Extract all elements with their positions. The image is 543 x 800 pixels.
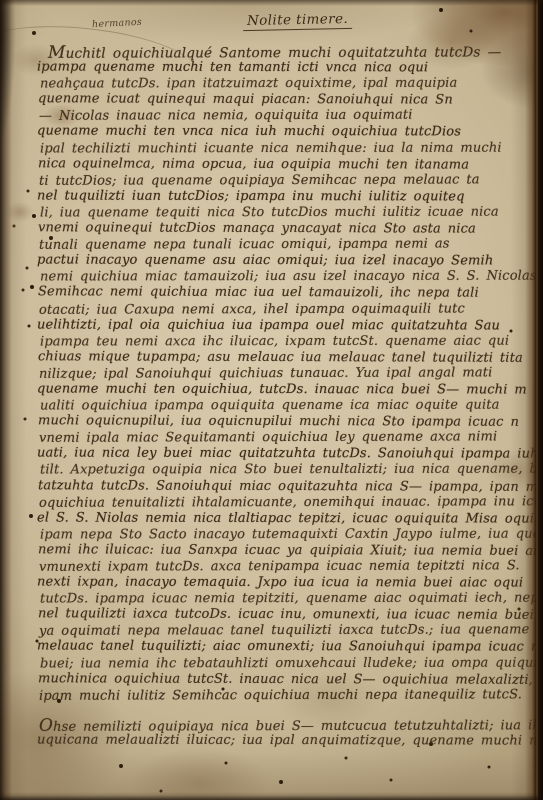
manuscript-line: Muchitl oquichiualqué Santome muchi oqui… bbox=[48, 43, 543, 61]
manuscript-line: nemi quichiua miac tamauizoli; iua asu i… bbox=[40, 269, 543, 286]
manuscript-line: nemi ihc iluicac: iua Sanxpa icuac ya qu… bbox=[38, 542, 543, 560]
manuscript-line: ualiti oquichiua ipampa oquiquita quenam… bbox=[40, 398, 543, 415]
manuscript-line: uelihtizti, ipal oia quichiua iua ipampa… bbox=[37, 317, 543, 334]
manuscript-line: ti tutcDios; iua quename oquipiaya Semih… bbox=[39, 172, 543, 190]
manuscript-line: melauac tanel tuquilizti; aiac omunexti;… bbox=[37, 639, 543, 656]
manuscript-paragraph: Ohse nemilizti oquipiaya nica buei S— mu… bbox=[38, 717, 543, 749]
manuscript-line: ipampa quename muchi ten tamanti icti vn… bbox=[37, 60, 543, 77]
manuscript-line: li, iua quename tequiti nica Sto tutcDio… bbox=[40, 204, 543, 221]
manuscript-line: Ohse nemilizti oquipiaya nica buei S— mu… bbox=[39, 716, 543, 734]
manuscript-line: quename muchi ten vnca nica iuh muchi oq… bbox=[37, 124, 543, 141]
manuscript-line: tilt. Axpetuziga oquipia nica Sto buei t… bbox=[40, 462, 543, 479]
manuscript-line: ya oquimati nepa melauac tanel tuquilizt… bbox=[39, 623, 543, 641]
manuscript-page: hermanos Nolite timere. Muchitl oquichiu… bbox=[0, 0, 543, 800]
manuscript-line: ipam muchi iulitiz Semihcac oquichiua mu… bbox=[39, 687, 543, 705]
manuscript-line: — Nicolas inauac nica nemia, oquiquita i… bbox=[39, 108, 543, 126]
manuscript-line: nilizque; ipal Sanoiuhqui quichiuas tuna… bbox=[39, 365, 543, 383]
manuscript-line: quename muchi ten oquichiua, tutcDs. ina… bbox=[37, 381, 543, 398]
manuscript-line: vmunexti ixpam tutcDs. axca tenipampa ic… bbox=[39, 558, 543, 576]
manuscript-line: neahçaua tutcDs. ipan itatzuimazt oquixt… bbox=[40, 76, 543, 93]
manuscript-line: tutcDs. ipampa icuac nemia tepitziti, qu… bbox=[40, 591, 543, 608]
manuscript-line: ipampa teu nemi axca ihc iluicac, ixpam … bbox=[40, 333, 543, 350]
manuscript-line: muchi oquicnupilui, iua oquicnupilui muc… bbox=[38, 413, 543, 431]
page-heading: Nolite timere. bbox=[243, 11, 353, 31]
interlinear-note: hermanos bbox=[92, 17, 143, 31]
manuscript-line: ipal techilizti muchinti icuante nica ne… bbox=[40, 140, 543, 157]
manuscript-line: nica oquinelmca, nima opcua, iua oquipia… bbox=[38, 156, 543, 174]
manuscript-line: pactui inacayo quename asu aiac omiqui; … bbox=[37, 253, 543, 270]
manuscript-line: oquichiua tenuitalizti ihtalamicuante, o… bbox=[39, 494, 543, 512]
manuscript-line: nexti ixpan, inacayo temaquia. Jxpo iua … bbox=[37, 575, 543, 592]
manuscript-line: uati, iua nica ley buei miac quitatzuhta… bbox=[37, 446, 543, 463]
manuscript-line: ipam nepa Sto Sacto inacayo tutemaquixti… bbox=[40, 526, 543, 543]
manuscript-line: muchinica oquichiua tutcSt. inauac nica … bbox=[38, 671, 543, 689]
manuscript-line: chiuas mique tupampa; asu melauac iua me… bbox=[38, 349, 543, 367]
manuscript-line: buei; iua nemia ihc tebatauhlizti omuxeh… bbox=[40, 655, 543, 672]
manuscript-body: Muchitl oquichiualqué Santome muchi oqui… bbox=[38, 44, 543, 749]
manuscript-paragraph: Muchitl oquichiualqué Santome muchi oqui… bbox=[38, 44, 543, 704]
page-edge-bottom bbox=[0, 792, 543, 800]
page-edge-left bbox=[0, 0, 12, 800]
manuscript-line: otacati; iua Caxupa nemi axca, ihel ipam… bbox=[39, 301, 543, 319]
manuscript-line: tunali quename nepa tunali icuac omiqui,… bbox=[39, 236, 543, 254]
manuscript-line: Semihcac nemi quichiua miac iua uel tama… bbox=[38, 285, 543, 303]
manuscript-line: nel tuquilizti iuan tutcDios; ipampa inu… bbox=[37, 188, 543, 205]
manuscript-line: el S. S. Niolas nemia nica tlaltiapac te… bbox=[37, 510, 543, 527]
page-header: hermanos Nolite timere. bbox=[0, 10, 543, 44]
manuscript-line: vnemi ipala miac Sequitamanti oquichiua … bbox=[39, 429, 543, 447]
manuscript-line: tatzuhta tutcDs. Sanoiuhqui miac oquitaz… bbox=[38, 478, 543, 496]
manuscript-line: vnemi oquinequi tutcDios manaça ynacayat… bbox=[38, 220, 543, 238]
ink-specks bbox=[0, 0, 2, 2]
manuscript-line: uquicana melaualizti iluicac; iua ipal a… bbox=[37, 732, 543, 749]
page-edge-top bbox=[0, 0, 543, 6]
